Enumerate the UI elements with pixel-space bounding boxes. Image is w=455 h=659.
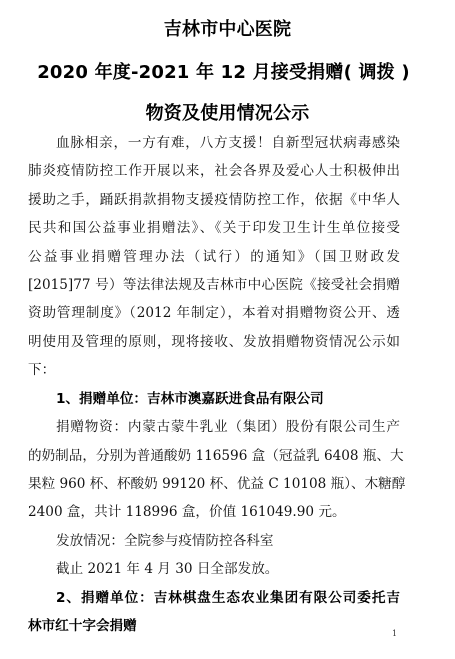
intro-paragraph-line: 下： — [28, 361, 400, 379]
section-2-heading-continued: 林市红十字会捐赠 — [28, 617, 400, 635]
intro-paragraph-line: 肺炎疫情防控工作开展以来，社会各界及爱心人士积极伸出 — [28, 162, 400, 180]
title-subject: 物资及使用情况公示 — [0, 103, 455, 125]
section-1-body-line: 果粒 960 杯、杯酸奶 99120 杯、优益 C 10108 瓶）、木糖醇 — [28, 475, 400, 493]
title-period: 2020 年度-2021 年 12 月接受捐赠( 调拨 ) — [0, 62, 451, 84]
section-1-deadline: 截止 2021 年 4 月 30 日全部发放。 — [56, 560, 400, 578]
intro-paragraph-line: 援助之手，踊跃捐款捐物支援疫情防控工作，依据《中华人 — [28, 191, 400, 209]
section-1-body-line: 捐赠物资：内蒙古蒙牛乳业（集团）股份有限公司生产 — [56, 418, 400, 436]
intro-paragraph-line: 民共和国公益事业捐赠法》、《关于印发卫生计生单位接受 — [28, 219, 400, 237]
intro-paragraph-line: 资助管理制度》（2012 年制定），本着对捐赠物资公开、透 — [28, 304, 400, 322]
intro-paragraph-line: [2015]77 号）等法律法规及吉林市中心医院《接受社会捐赠 — [28, 276, 400, 294]
page-number: 1 — [392, 629, 397, 638]
title-hospital-name: 吉林市中心医院 — [0, 19, 455, 41]
intro-paragraph-line: 明使用及管理的原则，现将接收、发放捐赠物资情况公示如 — [28, 333, 400, 351]
section-1-heading: 1、捐赠单位：吉林市澳嘉跃进食品有限公司 — [56, 390, 400, 408]
section-1-distribution: 发放情况：全院参与疫情防控各科室 — [56, 532, 400, 550]
section-2-heading: 2、捐赠单位：吉林棋盘生态农业集团有限公司委托吉 — [56, 589, 400, 607]
section-1-body-line: 的奶制品，分别为普通酸奶 116596 盒（冠益乳 6408 瓶、大 — [28, 447, 400, 465]
intro-paragraph-line: 血脉相亲，一方有难，八方支援！自新型冠状病毒感染 — [56, 134, 400, 152]
section-1-body-line: 2400 盒，共计 118996 盒，价值 161049.90 元。 — [28, 503, 400, 521]
intro-paragraph-line: 公益事业捐赠管理办法（试行）的通知》（国卫财政发 — [28, 248, 400, 266]
document-page: 吉林市中心医院 2020 年度-2021 年 12 月接受捐赠( 调拨 ) 物资… — [0, 0, 455, 659]
